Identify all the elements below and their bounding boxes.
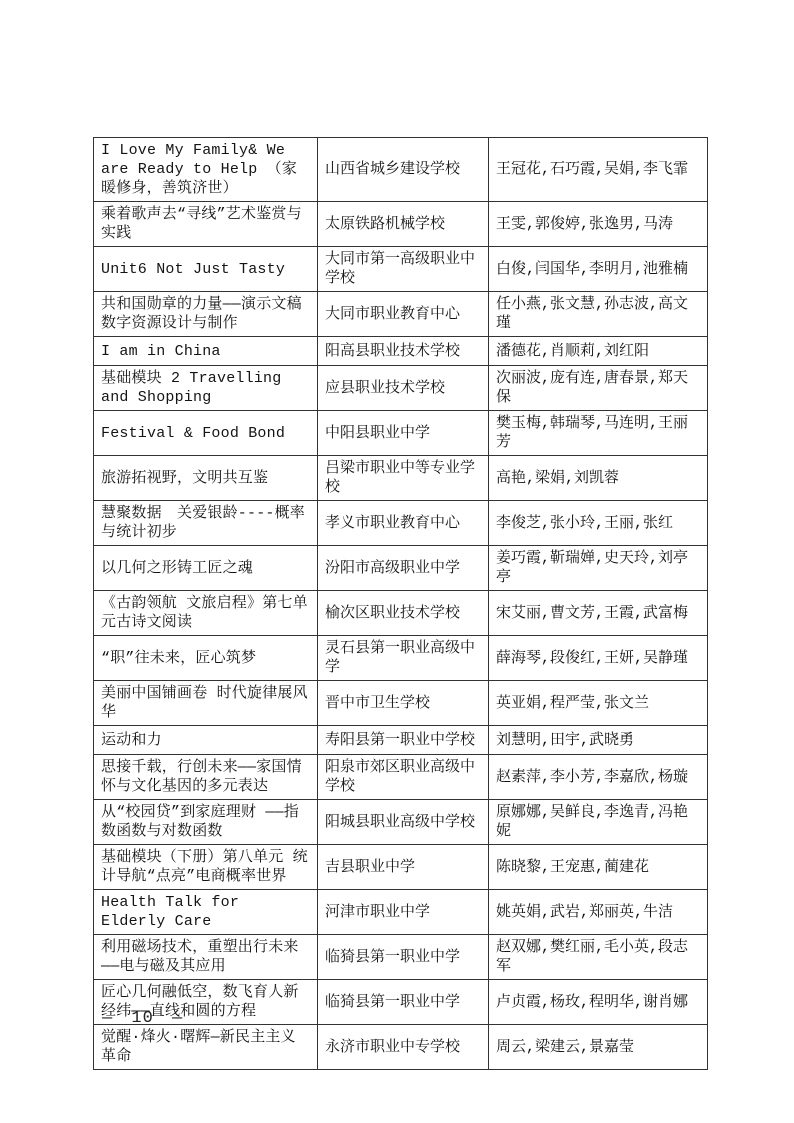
- cell-teacher-names: 任小燕,张文慧,孙志波,高文瑾: [489, 292, 708, 337]
- cell-school-name: 中阳县职业中学: [318, 411, 489, 456]
- cell-school-name: 吕梁市职业中等专业学校: [318, 456, 489, 501]
- cell-school-name: 河津市职业中学: [318, 890, 489, 935]
- document-page: I Love My Family& We are Ready to Help （…: [0, 0, 794, 1123]
- cell-teacher-names: 英亚娟,程严莹,张文兰: [489, 681, 708, 726]
- cell-lesson-title: 利用磁场技术，重塑出行未来——电与磁及其应用: [94, 935, 318, 980]
- cell-school-name: 临猗县第一职业中学: [318, 980, 489, 1025]
- cell-lesson-title: 思接千载，行创未来——家国情怀与文化基因的多元表达: [94, 755, 318, 800]
- table-row: 思接千载，行创未来——家国情怀与文化基因的多元表达阳泉市郊区职业高级中学校赵素萍…: [94, 755, 708, 800]
- cell-teacher-names: 王冠花,石巧霞,吴娟,李飞霏: [489, 138, 708, 202]
- cell-teacher-names: 赵双娜,樊红丽,毛小英,段志军: [489, 935, 708, 980]
- cell-teacher-names: 李俊芝,张小玲,王丽,张红: [489, 501, 708, 546]
- cell-lesson-title: 以几何之形铸工匠之魂: [94, 546, 318, 591]
- cell-school-name: 太原铁路机械学校: [318, 202, 489, 247]
- cell-school-name: 灵石县第一职业高级中学: [318, 636, 489, 681]
- cell-lesson-title: Festival & Food Bond: [94, 411, 318, 456]
- table-row: 利用磁场技术，重塑出行未来——电与磁及其应用临猗县第一职业中学赵双娜,樊红丽,毛…: [94, 935, 708, 980]
- cell-lesson-title: 基础模块（下册）第八单元 统计导航“点亮”电商概率世界: [94, 845, 318, 890]
- cell-teacher-names: 高艳,梁娟,刘凯蓉: [489, 456, 708, 501]
- cell-lesson-title: 共和国勋章的力量——演示文稿数字资源设计与制作: [94, 292, 318, 337]
- table-row: 以几何之形铸工匠之魂汾阳市高级职业中学姜巧霞,靳瑞婵,史天玲,刘亭亭: [94, 546, 708, 591]
- table-row: 匠心几何融低空，数飞育人新经纬——直线和圆的方程临猗县第一职业中学卢贞霞,杨玫,…: [94, 980, 708, 1025]
- cell-teacher-names: 宋艾丽,曹文芳,王霞,武富梅: [489, 591, 708, 636]
- cell-lesson-title: 觉醒·烽火·曙辉—新民主主义革命: [94, 1025, 318, 1070]
- cell-teacher-names: 刘慧明,田宇,武晓勇: [489, 726, 708, 755]
- cell-school-name: 临猗县第一职业中学: [318, 935, 489, 980]
- cell-teacher-names: 卢贞霞,杨玫,程明华,谢肖娜: [489, 980, 708, 1025]
- cell-school-name: 应县职业技术学校: [318, 366, 489, 411]
- table-row: Festival & Food Bond中阳县职业中学樊玉梅,韩瑞琴,马连明,王…: [94, 411, 708, 456]
- award-table-body: I Love My Family& We are Ready to Help （…: [94, 138, 708, 1070]
- cell-school-name: 阳泉市郊区职业高级中学校: [318, 755, 489, 800]
- cell-lesson-title: Health Talk for Elderly Care: [94, 890, 318, 935]
- cell-teacher-names: 白俊,闫国华,李明月,池雅楠: [489, 247, 708, 292]
- cell-teacher-names: 原娜娜,吴鲜良,李逸青,冯艳妮: [489, 800, 708, 845]
- table-row: I Love My Family& We are Ready to Help （…: [94, 138, 708, 202]
- cell-school-name: 汾阳市高级职业中学: [318, 546, 489, 591]
- cell-school-name: 永济市职业中专学校: [318, 1025, 489, 1070]
- cell-school-name: 晋中市卫生学校: [318, 681, 489, 726]
- cell-lesson-title: 《古韵领航 文旅启程》第七单元古诗文阅读: [94, 591, 318, 636]
- cell-lesson-title: 旅游拓视野，文明共互鉴: [94, 456, 318, 501]
- cell-school-name: 阳高县职业技术学校: [318, 337, 489, 366]
- cell-school-name: 山西省城乡建设学校: [318, 138, 489, 202]
- cell-lesson-title: Unit6 Not Just Tasty: [94, 247, 318, 292]
- cell-teacher-names: 潘德花,肖顺莉,刘红阳: [489, 337, 708, 366]
- table-row: 慧聚数据 关爱银龄----概率与统计初步孝义市职业教育中心李俊芝,张小玲,王丽,…: [94, 501, 708, 546]
- cell-school-name: 寿阳县第一职业中学校: [318, 726, 489, 755]
- table-row: Unit6 Not Just Tasty大同市第一高级职业中学校白俊,闫国华,李…: [94, 247, 708, 292]
- cell-teacher-names: 姜巧霞,靳瑞婵,史天玲,刘亭亭: [489, 546, 708, 591]
- table-row: 乘着歌声去“寻线”艺术鉴赏与实践太原铁路机械学校王雯,郭俊婷,张逸男,马涛: [94, 202, 708, 247]
- cell-lesson-title: I am in China: [94, 337, 318, 366]
- table-row: 运动和力寿阳县第一职业中学校刘慧明,田宇,武晓勇: [94, 726, 708, 755]
- cell-lesson-title: 从“校园贷”到家庭理财 ——指数函数与对数函数: [94, 800, 318, 845]
- cell-lesson-title: 乘着歌声去“寻线”艺术鉴赏与实践: [94, 202, 318, 247]
- cell-school-name: 阳城县职业高级中学校: [318, 800, 489, 845]
- table-row: 共和国勋章的力量——演示文稿数字资源设计与制作大同市职业教育中心任小燕,张文慧,…: [94, 292, 708, 337]
- cell-teacher-names: 赵素萍,李小芳,李嘉欣,杨璇: [489, 755, 708, 800]
- award-table: I Love My Family& We are Ready to Help （…: [93, 137, 708, 1070]
- table-row: “职”往未来，匠心筑梦灵石县第一职业高级中学薛海琴,段俊红,王妍,吴静瑾: [94, 636, 708, 681]
- cell-lesson-title: 慧聚数据 关爱银龄----概率与统计初步: [94, 501, 318, 546]
- cell-school-name: 榆次区职业技术学校: [318, 591, 489, 636]
- cell-teacher-names: 王雯,郭俊婷,张逸男,马涛: [489, 202, 708, 247]
- cell-lesson-title: 基础模块 2 Travelling and Shopping: [94, 366, 318, 411]
- table-row: I am in China阳高县职业技术学校潘德花,肖顺莉,刘红阳: [94, 337, 708, 366]
- cell-school-name: 大同市职业教育中心: [318, 292, 489, 337]
- table-row: 《古韵领航 文旅启程》第七单元古诗文阅读榆次区职业技术学校宋艾丽,曹文芳,王霞,…: [94, 591, 708, 636]
- table-row: 基础模块 2 Travelling and Shopping应县职业技术学校次丽…: [94, 366, 708, 411]
- cell-school-name: 吉县职业中学: [318, 845, 489, 890]
- table-row: 旅游拓视野，文明共互鉴吕梁市职业中等专业学校高艳,梁娟,刘凯蓉: [94, 456, 708, 501]
- cell-teacher-names: 次丽波,庞有连,唐春景,郑天保: [489, 366, 708, 411]
- cell-lesson-title: I Love My Family& We are Ready to Help （…: [94, 138, 318, 202]
- table-row: 基础模块（下册）第八单元 统计导航“点亮”电商概率世界吉县职业中学陈晓黎,王宠惠…: [94, 845, 708, 890]
- table-row: 觉醒·烽火·曙辉—新民主主义革命永济市职业中专学校周云,梁建云,景嘉莹: [94, 1025, 708, 1070]
- cell-school-name: 大同市第一高级职业中学校: [318, 247, 489, 292]
- cell-teacher-names: 周云,梁建云,景嘉莹: [489, 1025, 708, 1070]
- cell-teacher-names: 陈晓黎,王宠惠,蔺建花: [489, 845, 708, 890]
- cell-lesson-title: 美丽中国铺画卷 时代旋律展风华: [94, 681, 318, 726]
- cell-teacher-names: 樊玉梅,韩瑞琴,马连明,王丽芳: [489, 411, 708, 456]
- cell-teacher-names: 薛海琴,段俊红,王妍,吴静瑾: [489, 636, 708, 681]
- cell-lesson-title: “职”往未来，匠心筑梦: [94, 636, 318, 681]
- cell-lesson-title: 运动和力: [94, 726, 318, 755]
- cell-school-name: 孝义市职业教育中心: [318, 501, 489, 546]
- table-row: 美丽中国铺画卷 时代旋律展风华晋中市卫生学校英亚娟,程严莹,张文兰: [94, 681, 708, 726]
- table-row: Health Talk for Elderly Care河津市职业中学姚英娟,武…: [94, 890, 708, 935]
- table-row: 从“校园贷”到家庭理财 ——指数函数与对数函数阳城县职业高级中学校原娜娜,吴鲜良…: [94, 800, 708, 845]
- cell-teacher-names: 姚英娟,武岩,郑丽英,牛洁: [489, 890, 708, 935]
- page-number: — 10 —: [102, 1008, 183, 1030]
